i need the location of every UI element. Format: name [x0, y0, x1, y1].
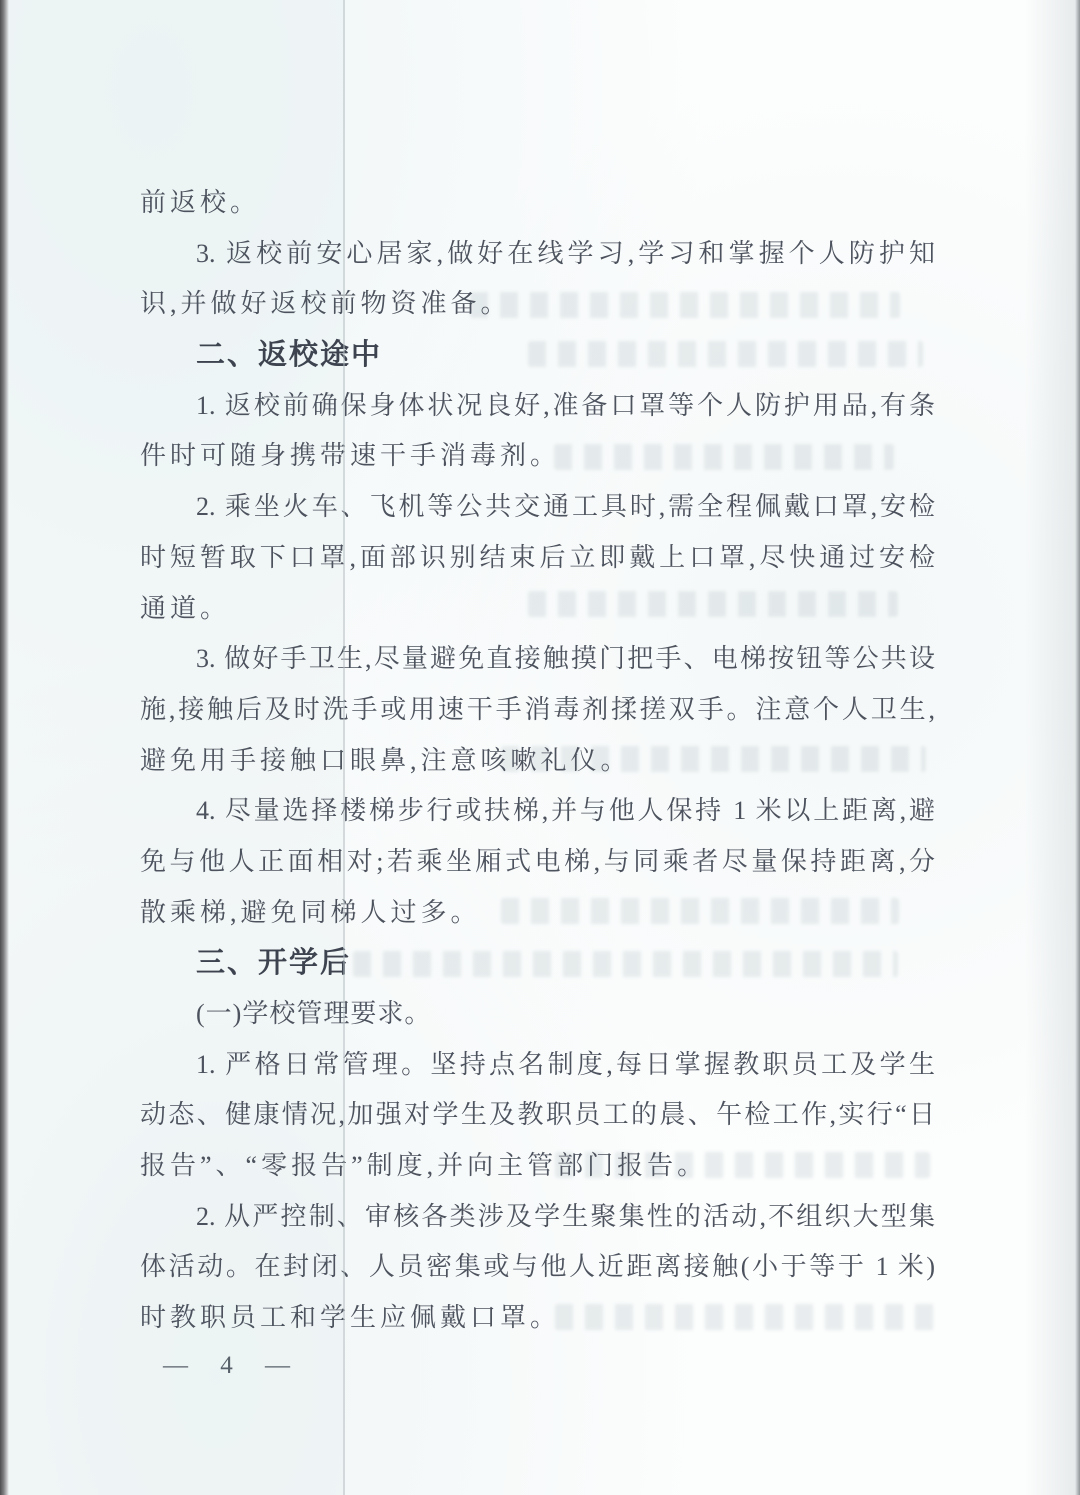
doc-line: 1. 返校前确保身体状况良好,准备口罩等个人防护用品,有条	[140, 381, 935, 432]
doc-line: 4. 尽量选择楼梯步行或扶梯,并与他人保持 1 米以上距离,避	[140, 786, 935, 837]
paper-crease-line	[343, 0, 345, 1495]
doc-line: 3. 返校前安心居家,做好在线学习,学习和掌握个人防护知	[140, 229, 935, 280]
doc-line: 报告”、“零报告”制度,并向主管部门报告。	[140, 1141, 935, 1192]
document-text: 前返校。 3. 返校前安心居家,做好在线学习,学习和掌握个人防护知 识,并做好返…	[140, 178, 935, 1344]
doc-line: 识,并做好返校前物资准备。	[140, 279, 935, 330]
left-page-edge	[0, 0, 9, 1495]
doc-line: 体活动。在封闭、人员密集或与他人近距离接触(小于等于 1 米)	[140, 1242, 935, 1293]
doc-line: 前返校。	[140, 178, 935, 229]
right-scan-shadow	[1025, 0, 1080, 1495]
doc-line: 3. 做好手卫生,尽量避免直接触摸门把手、电梯按钮等公共设	[140, 634, 935, 685]
doc-line: 件时可随身携带速干手消毒剂。	[140, 431, 935, 482]
section-heading: 三、开学后	[140, 938, 935, 989]
doc-line: 时教职员工和学生应佩戴口罩。	[140, 1293, 935, 1344]
doc-line: 时短暂取下口罩,面部识别结束后立即戴上口罩,尽快通过安检	[140, 533, 935, 584]
doc-line: 施,接触后及时洗手或用速干手消毒剂揉搓双手。注意个人卫生,	[140, 685, 935, 736]
page-number: — 4 —	[163, 1352, 297, 1380]
doc-line: 动态、健康情况,加强对学生及教职员工的晨、午检工作,实行“日	[140, 1090, 935, 1141]
doc-line: 通道。	[140, 584, 935, 635]
subsection-heading: (一)学校管理要求。	[140, 989, 935, 1040]
doc-line: 避免用手接触口眼鼻,注意咳嗽礼仪。	[140, 736, 935, 787]
doc-line: 2. 从严控制、审核各类涉及学生聚集性的活动,不组织大型集	[140, 1192, 935, 1243]
doc-line: 2. 乘坐火车、飞机等公共交通工具时,需全程佩戴口罩,安检	[140, 482, 935, 533]
doc-line: 1. 严格日常管理。坚持点名制度,每日掌握教职员工及学生	[140, 1040, 935, 1091]
right-page-edge	[1075, 0, 1080, 1495]
doc-line: 散乘梯,避免同梯人过多。	[140, 888, 935, 939]
doc-line: 免与他人正面相对;若乘坐厢式电梯,与同乘者尽量保持距离,分	[140, 837, 935, 888]
section-heading: 二、返校途中	[140, 330, 935, 381]
scanned-document-page: 前返校。 3. 返校前安心居家,做好在线学习,学习和掌握个人防护知 识,并做好返…	[0, 0, 1080, 1495]
